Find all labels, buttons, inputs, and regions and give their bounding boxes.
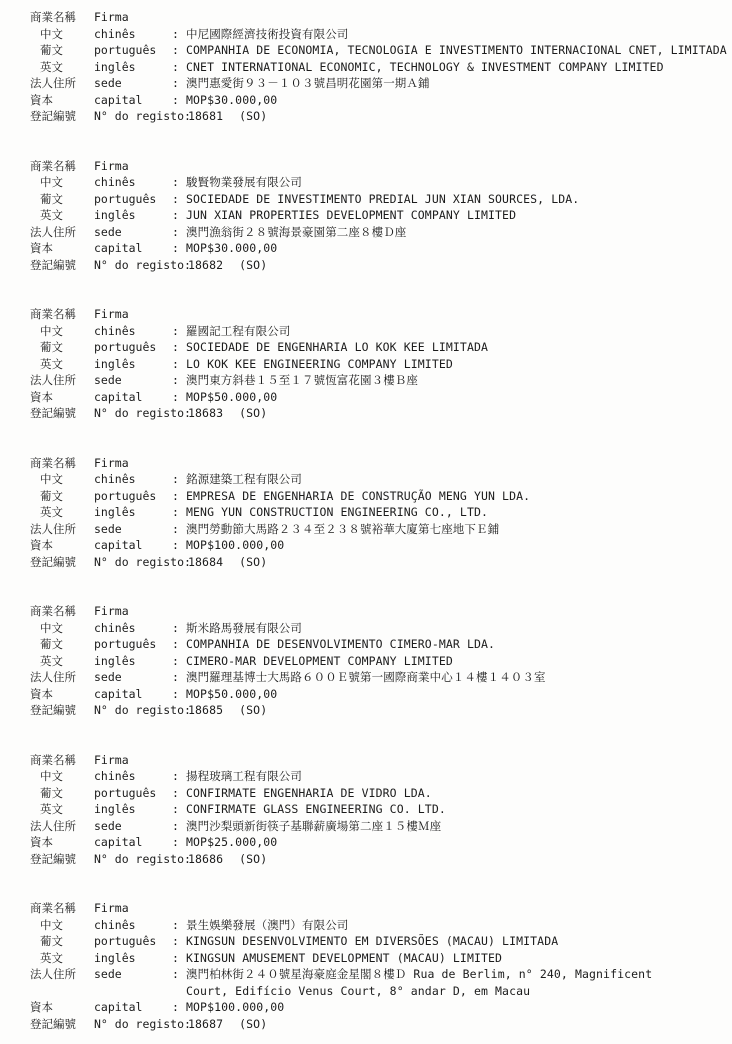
portuguese-label-pt: português (94, 785, 172, 802)
colon: : (172, 801, 186, 818)
seat-value-continued: Court, Edifício Venus Court, 8° andar D,… (186, 983, 718, 1000)
english-label-zh: 英文 (30, 504, 94, 521)
capital-label-zh: 資本 (30, 389, 94, 406)
capital-label-zh: 資本 (30, 240, 94, 257)
colon: : (172, 933, 186, 950)
english-label-zh: 英文 (30, 356, 94, 373)
seat-label-zh: 法人住所 (30, 818, 94, 835)
registration-number: 18681 (188, 109, 223, 123)
portuguese-name-value: CONFIRMATE ENGENHARIA DE VIDRO LDA. (186, 785, 718, 802)
capital-label-zh: 資本 (30, 92, 94, 109)
capital-row: 資本 capital : MOP$100.000,00 (30, 999, 718, 1016)
firm-label-pt: Firma (94, 900, 172, 917)
colon: : (172, 966, 186, 983)
english-name-row: 英文 inglês : MENG YUN CONSTRUCTION ENGINE… (30, 504, 718, 521)
chinese-name-row: 中文 chinês : 駿賢物業發展有限公司 (30, 174, 718, 191)
registration-value: 18685(SO) (186, 702, 718, 719)
registry-entry: 商業名稱 Firma 中文 chinês : 駿賢物業發展有限公司 葡文 por… (30, 158, 718, 274)
registration-number: 18686 (188, 852, 223, 866)
colon: : (172, 818, 186, 835)
english-label-zh: 英文 (30, 653, 94, 670)
seat-row: 法人住所 sede : 澳門柏林街２４０號星海豪庭金星閣８樓Ｄ Rua de B… (30, 966, 718, 983)
portuguese-name-row: 葡文 português : COMPANHIA DE DESENVOLVIME… (30, 636, 718, 653)
chinese-label-pt: chinês (94, 620, 172, 637)
seat-row: 法人住所 sede : 澳門羅理基博士大馬路６００Ｅ號第一國際商業中心１４樓１４… (30, 669, 718, 686)
registration-label-zh: 登記編號 (30, 702, 94, 719)
portuguese-label-zh: 葡文 (30, 636, 94, 653)
english-label-zh: 英文 (30, 950, 94, 967)
capital-row: 資本 capital : MOP$30.000,00 (30, 240, 718, 257)
seat-value: 澳門羅理基博士大馬路６００Ｅ號第一國際商業中心１４樓１４０３室 (186, 669, 718, 686)
capital-label-pt: capital (94, 240, 172, 257)
registration-value: 18683(SO) (186, 405, 718, 422)
colon: : (172, 669, 186, 686)
english-name-value: MENG YUN CONSTRUCTION ENGINEERING CO., L… (186, 504, 718, 521)
portuguese-name-row: 葡文 português : KINGSUN DESENVOLVIMENTO E… (30, 933, 718, 950)
portuguese-name-value: KINGSUN DESENVOLVIMENTO EM DIVERSÕES (MA… (186, 933, 718, 950)
capital-label-pt: capital (94, 537, 172, 554)
registration-value: 18686(SO) (186, 851, 718, 868)
registration-suffix: (SO) (239, 258, 267, 272)
colon: : (172, 59, 186, 76)
seat-label-pt: sede (94, 966, 172, 983)
registration-row: 登記編號 N° do registo: 18687(SO) (30, 1016, 718, 1033)
portuguese-label-pt: português (94, 42, 172, 59)
firm-label-pt: Firma (94, 603, 172, 620)
english-label-pt: inglês (94, 356, 172, 373)
chinese-label-pt: chinês (94, 174, 172, 191)
capital-label-pt: capital (94, 389, 172, 406)
registration-suffix: (SO) (239, 852, 267, 866)
colon: : (172, 75, 186, 92)
capital-label-zh: 資本 (30, 686, 94, 703)
colon: : (172, 224, 186, 241)
colon: : (172, 240, 186, 257)
registration-number: 18683 (188, 406, 223, 420)
colon: : (172, 653, 186, 670)
seat-value: 澳門東方斜巷１５至１７號恆富花園３樓Ｂ座 (186, 372, 718, 389)
english-name-row: 英文 inglês : JUN XIAN PROPERTIES DEVELOPM… (30, 207, 718, 224)
registry-entry: 商業名稱 Firma 中文 chinês : 羅國記工程有限公司 葡文 port… (30, 306, 718, 422)
firm-label-zh: 商業名稱 (30, 752, 94, 769)
seat-label-zh: 法人住所 (30, 966, 94, 983)
english-name-value: CONFIRMATE GLASS ENGINEERING CO. LTD. (186, 801, 718, 818)
registration-row: 登記編號 N° do registo: 18685(SO) (30, 702, 718, 719)
chinese-name-row: 中文 chinês : 景生娛樂發展（澳門）有限公司 (30, 917, 718, 934)
chinese-label-pt: chinês (94, 323, 172, 340)
seat-value: 澳門漁翁街２８號海景豪園第二座８樓Ｄ座 (186, 224, 718, 241)
english-name-value: LO KOK KEE ENGINEERING COMPANY LIMITED (186, 356, 718, 373)
firm-label-pt: Firma (94, 752, 172, 769)
registration-value: 18681(SO) (186, 108, 718, 125)
capital-row: 資本 capital : MOP$50.000,00 (30, 389, 718, 406)
registry-entry: 商業名稱 Firma 中文 chinês : 斯米路馬發展有限公司 葡文 por… (30, 603, 718, 719)
seat-value: 澳門沙梨頭新街筷子基聯薪廣場第二座１５樓Ｍ座 (186, 818, 718, 835)
chinese-label-pt: chinês (94, 471, 172, 488)
english-label-pt: inglês (94, 207, 172, 224)
colon: : (172, 521, 186, 538)
capital-value: MOP$100.000,00 (186, 999, 718, 1016)
chinese-name-value: 揚程玻璃工程有限公司 (186, 768, 718, 785)
seat-row: 法人住所 sede : 澳門沙梨頭新街筷子基聯薪廣場第二座１５樓Ｍ座 (30, 818, 718, 835)
registry-entry: 商業名稱 Firma 中文 chinês : 揚程玻璃工程有限公司 葡文 por… (30, 752, 718, 868)
registration-label-pt: N° do registo: (94, 108, 186, 125)
registration-row: 登記編號 N° do registo: 18686(SO) (30, 851, 718, 868)
registration-number: 18685 (188, 703, 223, 717)
english-name-value: JUN XIAN PROPERTIES DEVELOPMENT COMPANY … (186, 207, 718, 224)
firm-label-zh: 商業名稱 (30, 158, 94, 175)
capital-label-zh: 資本 (30, 537, 94, 554)
registration-value: 18684(SO) (186, 554, 718, 571)
seat-label-pt: sede (94, 521, 172, 538)
capital-label-zh: 資本 (30, 834, 94, 851)
firm-label-zh: 商業名稱 (30, 603, 94, 620)
english-label-pt: inglês (94, 801, 172, 818)
firm-header-row: 商業名稱 Firma (30, 9, 718, 26)
firm-header-row: 商業名稱 Firma (30, 158, 718, 175)
capital-row: 資本 capital : MOP$30.000,00 (30, 92, 718, 109)
colon: : (172, 174, 186, 191)
colon: : (172, 339, 186, 356)
colon: : (172, 999, 186, 1016)
colon: : (172, 323, 186, 340)
chinese-name-row: 中文 chinês : 羅國記工程有限公司 (30, 323, 718, 340)
english-label-pt: inglês (94, 653, 172, 670)
english-label-zh: 英文 (30, 59, 94, 76)
portuguese-label-pt: português (94, 191, 172, 208)
registration-label-pt: N° do registo: (94, 257, 186, 274)
chinese-name-value: 駿賢物業發展有限公司 (186, 174, 718, 191)
firm-label-zh: 商業名稱 (30, 306, 94, 323)
portuguese-label-zh: 葡文 (30, 785, 94, 802)
chinese-name-value: 中尼國際經濟技術投資有限公司 (186, 26, 718, 43)
firm-header-row: 商業名稱 Firma (30, 900, 718, 917)
seat-label-zh: 法人住所 (30, 372, 94, 389)
seat-label-zh: 法人住所 (30, 224, 94, 241)
chinese-name-value: 斯米路馬發展有限公司 (186, 620, 718, 637)
colon: : (172, 42, 186, 59)
seat-value: 澳門勞動節大馬路２３４至２３８號裕華大廈第七座地下Ｅ鋪 (186, 521, 718, 538)
capital-label-zh: 資本 (30, 999, 94, 1016)
english-label-pt: inglês (94, 504, 172, 521)
english-label-pt: inglês (94, 950, 172, 967)
portuguese-label-zh: 葡文 (30, 191, 94, 208)
english-label-pt: inglês (94, 59, 172, 76)
colon: : (172, 785, 186, 802)
colon: : (172, 191, 186, 208)
registry-entry: 商業名稱 Firma 中文 chinês : 銘源建築工程有限公司 葡文 por… (30, 455, 718, 571)
capital-row: 資本 capital : MOP$100.000,00 (30, 537, 718, 554)
colon: : (172, 389, 186, 406)
registration-suffix: (SO) (239, 703, 267, 717)
colon: : (172, 834, 186, 851)
registry-page: 商業名稱 Firma 中文 chinês : 中尼國際經濟技術投資有限公司 葡文… (0, 0, 732, 1044)
chinese-name-row: 中文 chinês : 斯米路馬發展有限公司 (30, 620, 718, 637)
registration-label-zh: 登記編號 (30, 405, 94, 422)
seat-value: 澳門柏林街２４０號星海豪庭金星閣８樓Ｄ Rua de Berlim, n° 24… (186, 966, 718, 983)
registration-label-zh: 登記編號 (30, 108, 94, 125)
chinese-name-value: 銘源建築工程有限公司 (186, 471, 718, 488)
seat-label-pt: sede (94, 818, 172, 835)
registration-value: 18682(SO) (186, 257, 718, 274)
capital-row: 資本 capital : MOP$25.000,00 (30, 834, 718, 851)
firm-header-row: 商業名稱 Firma (30, 455, 718, 472)
registry-list: 商業名稱 Firma 中文 chinês : 中尼國際經濟技術投資有限公司 葡文… (30, 9, 718, 1032)
chinese-name-row: 中文 chinês : 中尼國際經濟技術投資有限公司 (30, 26, 718, 43)
firm-label-pt: Firma (94, 158, 172, 175)
english-name-row: 英文 inglês : LO KOK KEE ENGINEERING COMPA… (30, 356, 718, 373)
capital-value: MOP$30.000,00 (186, 92, 718, 109)
capital-row: 資本 capital : MOP$50.000,00 (30, 686, 718, 703)
colon: : (172, 92, 186, 109)
colon: : (172, 686, 186, 703)
chinese-label-zh: 中文 (30, 917, 94, 934)
english-name-value: KINGSUN AMUSEMENT DEVELOPMENT (MACAU) LI… (186, 950, 718, 967)
registration-label-pt: N° do registo: (94, 554, 186, 571)
english-label-zh: 英文 (30, 207, 94, 224)
chinese-name-row: 中文 chinês : 銘源建築工程有限公司 (30, 471, 718, 488)
portuguese-label-pt: português (94, 933, 172, 950)
chinese-label-pt: chinês (94, 917, 172, 934)
firm-header-row: 商業名稱 Firma (30, 752, 718, 769)
english-name-value: CIMERO-MAR DEVELOPMENT COMPANY LIMITED (186, 653, 718, 670)
registration-suffix: (SO) (239, 109, 267, 123)
registration-suffix: (SO) (239, 406, 267, 420)
chinese-label-zh: 中文 (30, 174, 94, 191)
colon: : (172, 471, 186, 488)
chinese-label-zh: 中文 (30, 26, 94, 43)
colon: : (172, 207, 186, 224)
portuguese-label-zh: 葡文 (30, 42, 94, 59)
seat-row: 法人住所 sede : 澳門漁翁街２８號海景豪園第二座８樓Ｄ座 (30, 224, 718, 241)
registration-label-pt: N° do registo: (94, 405, 186, 422)
colon: : (172, 620, 186, 637)
seat-row: 法人住所 sede : 澳門東方斜巷１５至１７號恆富花園３樓Ｂ座 (30, 372, 718, 389)
portuguese-name-row: 葡文 português : SOCIEDADE DE ENGENHARIA L… (30, 339, 718, 356)
registration-row: 登記編號 N° do registo: 18681(SO) (30, 108, 718, 125)
capital-value: MOP$25.000,00 (186, 834, 718, 851)
colon: : (172, 917, 186, 934)
seat-row: 法人住所 sede : 澳門惠愛街９３－１０３號昌明花園第一期Ａ鋪 (30, 75, 718, 92)
registration-suffix: (SO) (239, 1017, 267, 1031)
registry-entry: 商業名稱 Firma 中文 chinês : 中尼國際經濟技術投資有限公司 葡文… (30, 9, 718, 125)
registration-number: 18684 (188, 555, 223, 569)
portuguese-label-pt: português (94, 339, 172, 356)
portuguese-name-row: 葡文 português : EMPRESA DE ENGENHARIA DE … (30, 488, 718, 505)
colon: : (172, 372, 186, 389)
seat-label-pt: sede (94, 669, 172, 686)
seat-label-pt: sede (94, 75, 172, 92)
firm-label-zh: 商業名稱 (30, 455, 94, 472)
portuguese-label-pt: português (94, 488, 172, 505)
colon: : (172, 537, 186, 554)
registration-row: 登記編號 N° do registo: 18684(SO) (30, 554, 718, 571)
capital-label-pt: capital (94, 999, 172, 1016)
english-name-row: 英文 inglês : KINGSUN AMUSEMENT DEVELOPMEN… (30, 950, 718, 967)
colon: : (172, 768, 186, 785)
chinese-name-row: 中文 chinês : 揚程玻璃工程有限公司 (30, 768, 718, 785)
english-name-row: 英文 inglês : CNET INTERNATIONAL ECONOMIC,… (30, 59, 718, 76)
registration-row: 登記編號 N° do registo: 18682(SO) (30, 257, 718, 274)
seat-label-zh: 法人住所 (30, 669, 94, 686)
chinese-label-zh: 中文 (30, 471, 94, 488)
english-name-value: CNET INTERNATIONAL ECONOMIC, TECHNOLOGY … (186, 59, 718, 76)
english-label-zh: 英文 (30, 801, 94, 818)
chinese-label-zh: 中文 (30, 323, 94, 340)
capital-value: MOP$50.000,00 (186, 686, 718, 703)
registration-suffix: (SO) (239, 555, 267, 569)
chinese-label-pt: chinês (94, 768, 172, 785)
seat-label-pt: sede (94, 224, 172, 241)
chinese-name-value: 羅國記工程有限公司 (186, 323, 718, 340)
chinese-label-zh: 中文 (30, 620, 94, 637)
firm-header-row: 商業名稱 Firma (30, 306, 718, 323)
portuguese-name-value: SOCIEDADE DE INVESTIMENTO PREDIAL JUN XI… (186, 191, 718, 208)
seat-row: 法人住所 sede : 澳門勞動節大馬路２３４至２３８號裕華大廈第七座地下Ｅ鋪 (30, 521, 718, 538)
english-name-row: 英文 inglês : CONFIRMATE GLASS ENGINEERING… (30, 801, 718, 818)
registration-label-zh: 登記編號 (30, 851, 94, 868)
portuguese-name-value: EMPRESA DE ENGENHARIA DE CONSTRUÇÃO MENG… (186, 488, 718, 505)
registration-label-pt: N° do registo: (94, 1016, 186, 1033)
capital-value: MOP$50.000,00 (186, 389, 718, 406)
firm-label-zh: 商業名稱 (30, 9, 94, 26)
colon: : (172, 26, 186, 43)
colon: : (172, 504, 186, 521)
portuguese-label-zh: 葡文 (30, 488, 94, 505)
registration-label-zh: 登記編號 (30, 1016, 94, 1033)
firm-label-pt: Firma (94, 306, 172, 323)
colon: : (172, 950, 186, 967)
colon: : (172, 636, 186, 653)
colon: : (172, 356, 186, 373)
seat-value: 澳門惠愛街９３－１０３號昌明花園第一期Ａ鋪 (186, 75, 718, 92)
capital-label-pt: capital (94, 92, 172, 109)
registration-label-zh: 登記編號 (30, 257, 94, 274)
chinese-label-pt: chinês (94, 26, 172, 43)
seat-label-pt: sede (94, 372, 172, 389)
colon: : (172, 488, 186, 505)
portuguese-name-row: 葡文 português : CONFIRMATE ENGENHARIA DE … (30, 785, 718, 802)
firm-label-pt: Firma (94, 9, 172, 26)
capital-value: MOP$30.000,00 (186, 240, 718, 257)
chinese-name-value: 景生娛樂發展（澳門）有限公司 (186, 917, 718, 934)
firm-label-pt: Firma (94, 455, 172, 472)
chinese-label-zh: 中文 (30, 768, 94, 785)
portuguese-name-row: 葡文 português : COMPANHIA DE ECONOMIA, TE… (30, 42, 718, 59)
portuguese-name-value: COMPANHIA DE DESENVOLVIMENTO CIMERO-MAR … (186, 636, 718, 653)
portuguese-label-zh: 葡文 (30, 339, 94, 356)
firm-label-zh: 商業名稱 (30, 900, 94, 917)
capital-label-pt: capital (94, 834, 172, 851)
portuguese-label-pt: português (94, 636, 172, 653)
registration-label-zh: 登記編號 (30, 554, 94, 571)
seat-label-zh: 法人住所 (30, 521, 94, 538)
capital-label-pt: capital (94, 686, 172, 703)
registration-value: 18687(SO) (186, 1016, 718, 1033)
registration-label-pt: N° do registo: (94, 851, 186, 868)
registration-number: 18687 (188, 1017, 223, 1031)
portuguese-name-value: COMPANHIA DE ECONOMIA, TECNOLOGIA E INVE… (186, 42, 727, 59)
english-name-row: 英文 inglês : CIMERO-MAR DEVELOPMENT COMPA… (30, 653, 718, 670)
seat-line2-row: Court, Edifício Venus Court, 8° andar D,… (30, 983, 718, 1000)
portuguese-name-value: SOCIEDADE DE ENGENHARIA LO KOK KEE LIMIT… (186, 339, 718, 356)
portuguese-label-zh: 葡文 (30, 933, 94, 950)
registry-entry: 商業名稱 Firma 中文 chinês : 景生娛樂發展（澳門）有限公司 葡文… (30, 900, 718, 1032)
registration-label-pt: N° do registo: (94, 702, 186, 719)
registration-number: 18682 (188, 258, 223, 272)
portuguese-name-row: 葡文 português : SOCIEDADE DE INVESTIMENTO… (30, 191, 718, 208)
capital-value: MOP$100.000,00 (186, 537, 718, 554)
firm-header-row: 商業名稱 Firma (30, 603, 718, 620)
seat-label-zh: 法人住所 (30, 75, 94, 92)
registration-row: 登記編號 N° do registo: 18683(SO) (30, 405, 718, 422)
